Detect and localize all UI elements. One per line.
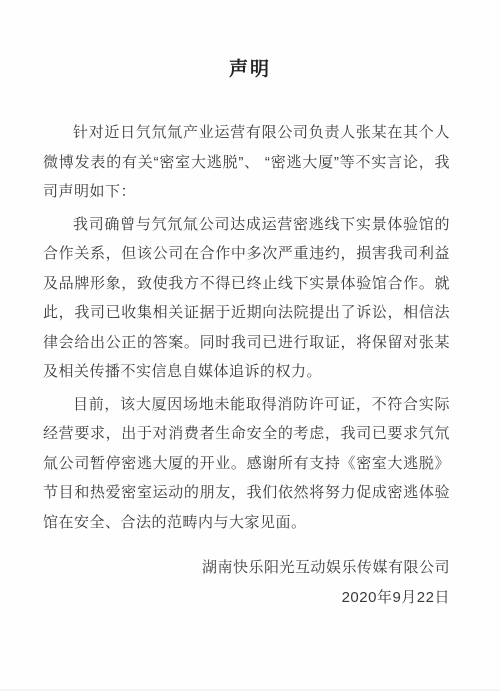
statement-paragraph-1: 针对近日氕氘氚产业运营有限公司负责人张某在其个人微博发表的有关“密室大逃脱”、 … (43, 118, 450, 207)
statement-document: 声明 针对近日氕氘氚产业运营有限公司负责人张某在其个人微博发表的有关“密室大逃脱… (0, 0, 500, 691)
signature-company: 湖南快乐阳光互动娱乐传媒有限公司 (43, 553, 450, 583)
statement-paragraph-3: 目前，该大厦因场地未能取得消防许可证，不符合实际经营要求，出于对消费者生命安全的… (43, 390, 450, 538)
statement-body: 针对近日氕氘氚产业运营有限公司负责人张某在其个人微博发表的有关“密室大逃脱”、 … (0, 118, 500, 537)
signature-block: 湖南快乐阳光互动娱乐传媒有限公司 2020年9月22日 (0, 553, 500, 613)
signature-date: 2020年9月22日 (43, 583, 450, 613)
statement-paragraph-2: 我司确曾与氕氘氚公司达成运营密逃线下实景体验馆的合作关系，但该公司在合作中多次严… (43, 210, 450, 387)
page-title: 声明 (0, 58, 500, 82)
